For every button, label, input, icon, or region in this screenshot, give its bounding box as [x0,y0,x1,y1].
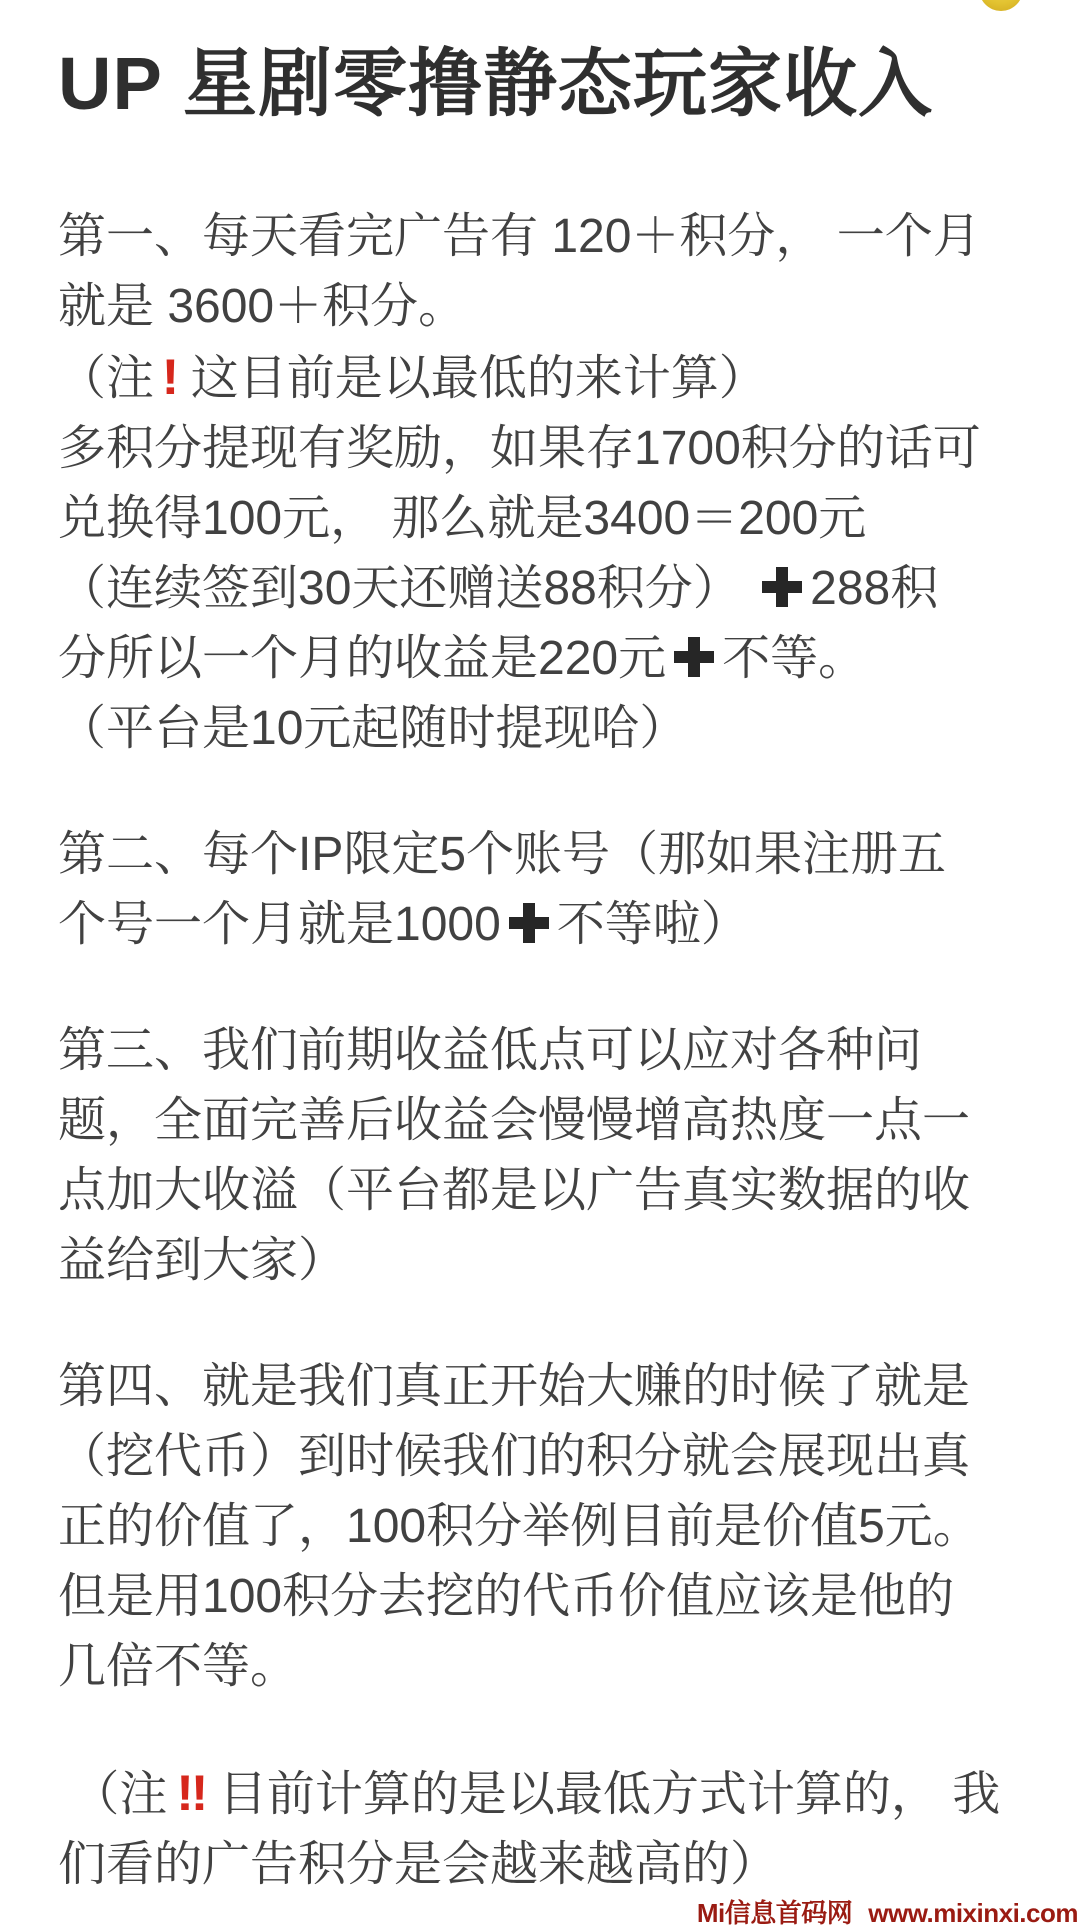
paragraph: 第二、每个IP限定5个账号（那如果注册五个号一个月就是1000不等啦） [58,820,1062,960]
paragraph: （注!!目前计算的是以最低方式计算的， 我们看的广告积分是会越来越高的） [58,1758,1062,1900]
text-line: （注!这目前是以最低的来计算） [58,342,1062,414]
page-title: UP 星剧零撸静态玩家收入 [58,36,1022,132]
text-line: 正的价值了，100积分举例目前是价值5元。 [58,1492,1062,1562]
text-run: （挖代币）到时候我们的积分就会展现出真 [58,1430,970,1483]
text-run: （平台是10元起随时提现哈） [58,702,687,755]
text-line: 第一、每天看完广告有 120＋积分， 一个月 [58,202,1062,272]
text-line: 就是 3600＋积分。 [58,272,1062,342]
text-run: 不等啦） [557,898,749,951]
yellow-dot-icon [979,0,1023,11]
heavy-plus-icon [674,637,714,677]
text-run: （注 [58,352,154,405]
text-line: 点加大收溢（平台都是以广告真实数据的收 [58,1156,1062,1226]
paragraph: 第一、每天看完广告有 120＋积分， 一个月就是 3600＋积分。（注!这目前是… [58,202,1062,764]
text-run: 正的价值了，100积分举例目前是价值5元。 [58,1500,981,1553]
watermark-url: www.mixinxi.com [868,1898,1078,1928]
text-line: 个号一个月就是1000不等啦） [58,890,1062,960]
text-run: 第一、每天看完广告有 120＋积分， 一个月 [58,210,981,263]
red-exclamation-icon: ! [162,342,180,412]
text-line: 第二、每个IP限定5个账号（那如果注册五 [58,820,1062,890]
text-run: 个号一个月就是1000 [58,898,501,951]
heavy-plus-icon [509,903,549,943]
text-run: 目前计算的是以最低方式计算的， 我 [219,1768,1000,1821]
text-line: 分所以一个月的收益是220元不等。 [58,624,1062,694]
text-run: 几倍不等。 [58,1640,298,1693]
text-line: （连续签到30天还赠送88积分） 288积 [58,554,1062,624]
body-text: 第一、每天看完广告有 120＋积分， 一个月就是 3600＋积分。（注!这目前是… [0,202,1080,1900]
text-line: 们看的广告积分是会越来越高的） [58,1830,1062,1900]
text-line: 几倍不等。 [58,1632,1062,1702]
text-run: 就是 3600＋积分。 [58,280,466,333]
text-run: 但是用100积分去挖的代币价值应该是他的 [58,1570,954,1623]
text-line: （注!!目前计算的是以最低方式计算的， 我 [58,1758,1062,1830]
paragraph: 第四、就是我们真正开始大赚的时候了就是（挖代币）到时候我们的积分就会展现出真正的… [58,1352,1062,1702]
paragraph: 第三、我们前期收益低点可以应对各种问题，全面完善后收益会慢慢增高热度一点一点加大… [58,1016,1062,1296]
text-run: 点加大收溢（平台都是以广告真实数据的收 [58,1164,970,1217]
text-line: （平台是10元起随时提现哈） [58,694,1062,764]
text-run: （连续签到30天还赠送88积分） [58,562,754,615]
text-run: 第三、我们前期收益低点可以应对各种问 [58,1024,922,1077]
heavy-plus-icon [762,567,802,607]
watermark-site-name: Mi信息首码网 [697,1898,852,1928]
text-line: 多积分提现有奖励，如果存1700积分的话可 [58,414,1062,484]
text-run: 288积 [810,562,938,615]
watermark: Mi信息首码网www.mixinxi.com [697,1893,1078,1930]
text-run: 兑换得100元， 那么就是3400＝200元 [58,492,866,545]
text-run: 第四、就是我们真正开始大赚的时候了就是 [58,1360,970,1413]
text-line: （挖代币）到时候我们的积分就会展现出真 [58,1422,1062,1492]
red-double-exclamation-icon: !! [177,1758,206,1828]
text-line: 但是用100积分去挖的代币价值应该是他的 [58,1562,1062,1632]
text-run: 分所以一个月的收益是220元 [58,632,666,685]
text-line: 益给到大家） [58,1226,1062,1296]
page-root: UP 星剧零撸静态玩家收入 第一、每天看完广告有 120＋积分， 一个月就是 3… [0,0,1080,1932]
text-run: 不等。 [722,632,866,685]
text-run: 益给到大家） [58,1234,346,1287]
text-run: （注 [58,1768,167,1821]
text-run: 们看的广告积分是会越来越高的） [58,1838,778,1891]
text-line: 题，全面完善后收益会慢慢增高热度一点一 [58,1086,1062,1156]
text-line: 第三、我们前期收益低点可以应对各种问 [58,1016,1062,1086]
text-run: 题，全面完善后收益会慢慢增高热度一点一 [58,1094,970,1147]
text-line: 第四、就是我们真正开始大赚的时候了就是 [58,1352,1062,1422]
text-run: 第二、每个IP限定5个账号（那如果注册五 [58,828,946,881]
text-run: 多积分提现有奖励，如果存1700积分的话可 [58,422,981,475]
text-line: 兑换得100元， 那么就是3400＝200元 [58,484,1062,554]
text-run: 这目前是以最低的来计算） [191,352,767,405]
